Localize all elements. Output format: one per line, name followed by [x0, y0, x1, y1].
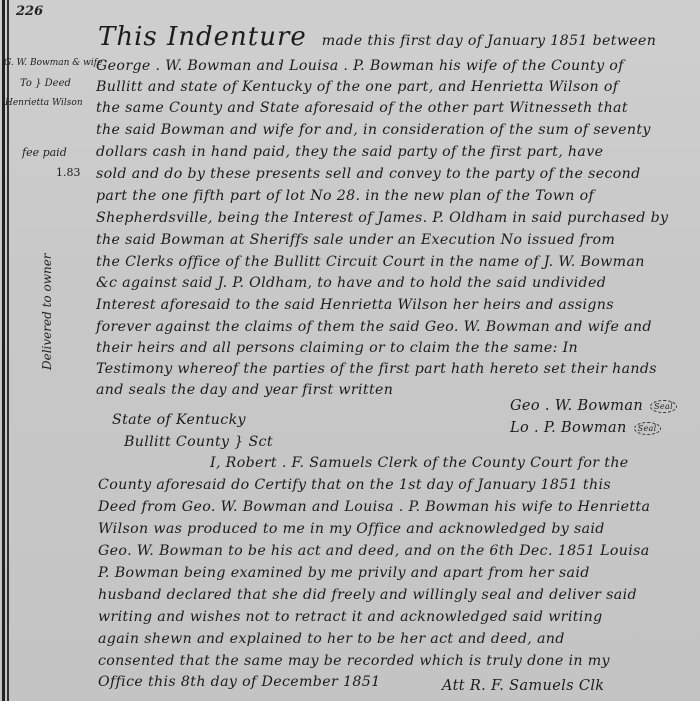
deed-line: part the one fifth part of lot No 28. in… [96, 188, 594, 204]
margin-fee-amount: 1.83 [56, 166, 81, 179]
deed-line: dollars cash in hand paid, they the said… [96, 144, 603, 160]
deed-line: the same County and State aforesaid of t… [96, 100, 628, 116]
deed-first-line: This Indenture made this first day of Ja… [98, 22, 656, 52]
clerk-attestation: Att R. F. Samuels Clk [442, 678, 604, 694]
signature-george-bowman: Geo . W. Bowman Seal [510, 398, 677, 414]
signature-louisa-bowman: Lo . P. Bowman Seal [510, 420, 661, 436]
deed-line: sold and do by these presents sell and c… [96, 166, 641, 182]
certificate-line: I, Robert . F. Samuels Clerk of the Coun… [210, 455, 629, 471]
margin-delivered-note: Delivered to owner [40, 253, 54, 370]
certificate-line: Wilson was produced to me in my Office a… [98, 521, 605, 537]
certificate-venue-county: Bullitt County } Sct [124, 434, 273, 450]
deed-line: &c against said J. P. Oldham, to have an… [96, 275, 606, 291]
certificate-line: consented that the same may be recorded … [98, 653, 610, 669]
certificate-line: again shewn and explained to her to be h… [98, 631, 565, 647]
certificate-line: Geo. W. Bowman to be his act and deed, a… [98, 543, 650, 559]
seal-mark: Seal [634, 422, 661, 435]
certificate-line: P. Bowman being examined by me privily a… [98, 565, 590, 581]
deed-line: Shepherdsville, being the Interest of Ja… [96, 210, 668, 226]
certificate-line: Office this 8th day of December 1851 [98, 674, 380, 690]
deed-line: George . W. Bowman and Louisa . P. Bowma… [96, 58, 624, 74]
certificate-line: husband declared that she did freely and… [98, 587, 637, 603]
deed-line: the Clerks office of the Bullitt Circuit… [96, 254, 645, 270]
deed-line: the said Bowman and wife for and, in con… [96, 122, 651, 138]
certificate-line: Deed from Geo. W. Bowman and Louisa . P.… [98, 499, 650, 515]
deed-record-page: 226 G. W. Bowman & wife To } Deed Henrie… [0, 0, 700, 701]
seal-mark: Seal [650, 400, 677, 413]
deed-line: Testimony whereof the parties of the fir… [96, 361, 657, 377]
margin-grantor: G. W. Bowman & wife [4, 58, 102, 68]
deed-line: the said Bowman at Sheriffs sale under a… [96, 232, 615, 248]
deed-line: Interest aforesaid to the said Henrietta… [96, 297, 614, 313]
certificate-line: writing and wishes not to retract it and… [98, 609, 603, 625]
certificate-line: County aforesaid do Certify that on the … [98, 477, 611, 493]
deed-line: Bullitt and state of Kentucky of the one… [96, 79, 618, 95]
deed-line: their heirs and all persons claiming or … [96, 340, 578, 356]
deed-line: forever against the claims of them the s… [96, 319, 652, 335]
margin-to-deed: To } Deed [20, 78, 71, 89]
margin-fee-label: fee paid [22, 146, 67, 159]
margin-grantee: Henrietta Wilson [5, 98, 83, 108]
deed-line: and seals the day and year first written [96, 382, 393, 398]
certificate-venue-state: State of Kentucky [112, 412, 246, 428]
page-number: 226 [16, 4, 43, 19]
deed-title: This Indenture [98, 22, 307, 52]
